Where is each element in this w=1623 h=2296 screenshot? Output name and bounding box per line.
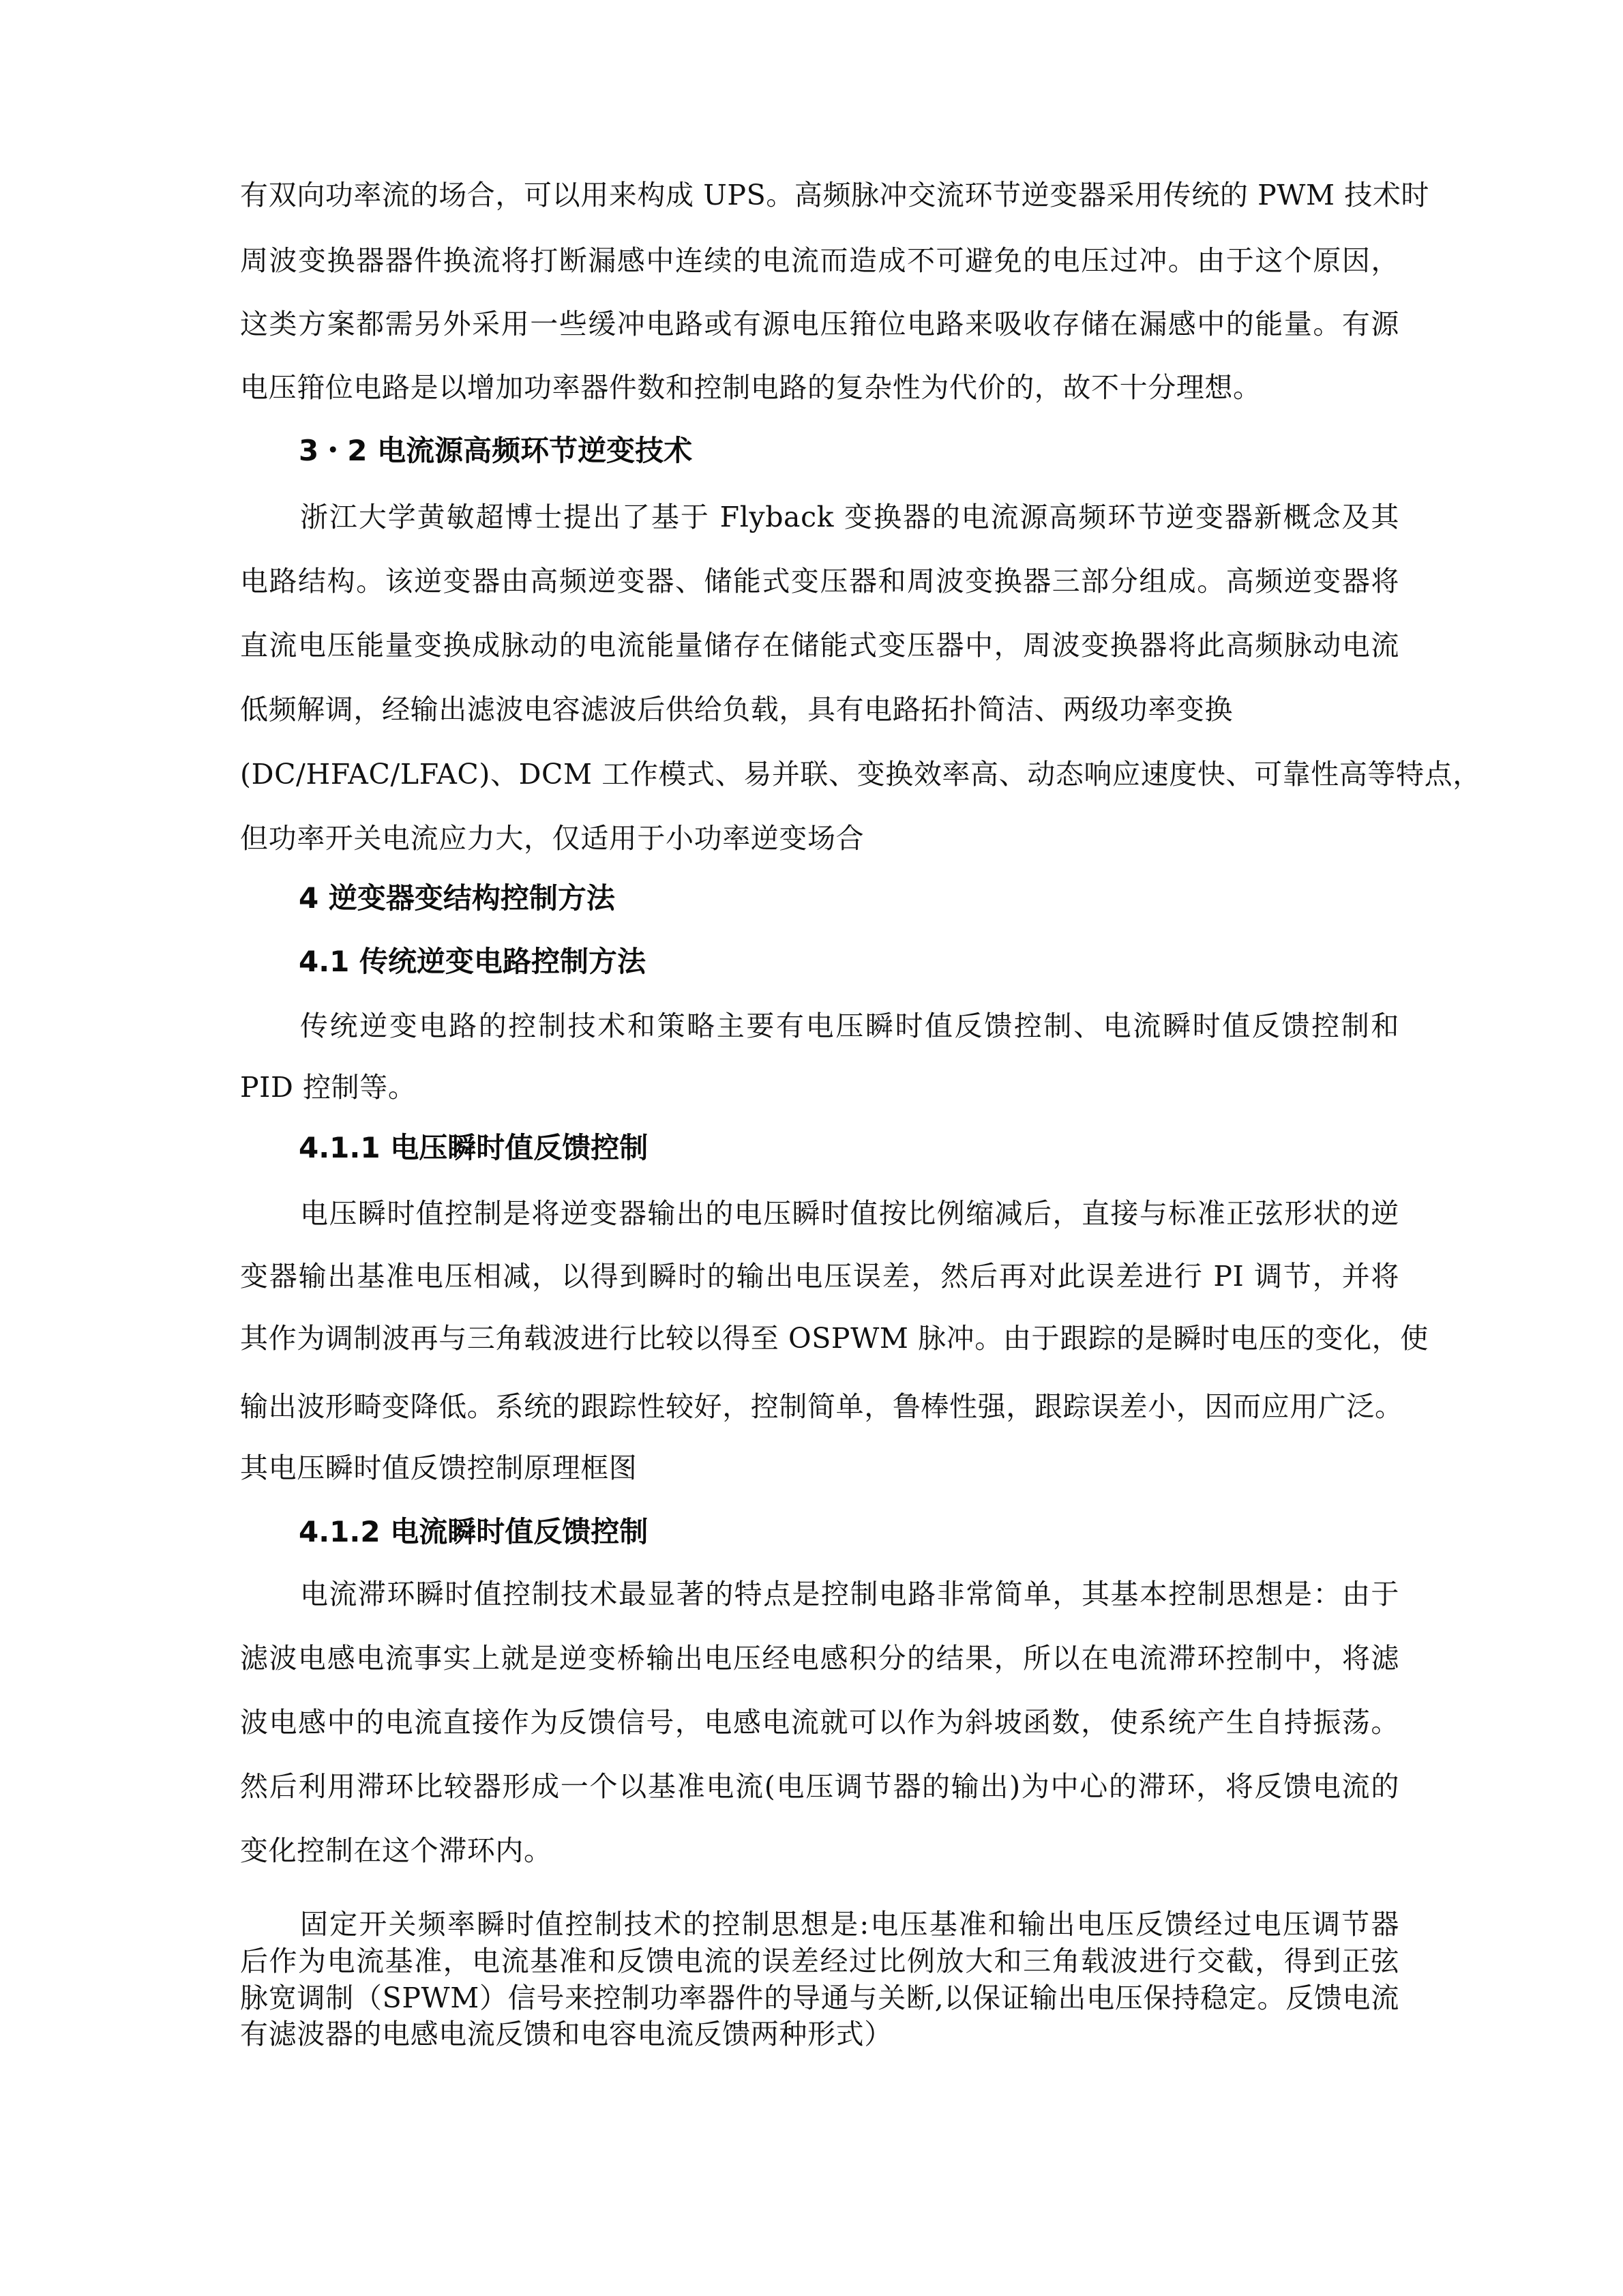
text-line: 电压瞬时值控制是将逆变器输出的电压瞬时值按比例缩减后，直接与标准正弦形状的逆 <box>300 1197 1399 1230</box>
text-line: 脉宽调制（SPWM）信号来控制功率器件的导通与关断,以保证输出电压保持稳定。反馈… <box>240 1982 1399 2014</box>
text-line: 有滤波器的电感电流反馈和电容电流反馈两种形式） <box>240 2018 893 2050</box>
text-line: 直流电压能量变换成脉动的电流能量储存在储能式变压器中，周波变换器将此高频脉动电流 <box>240 629 1399 662</box>
section-heading-4-1: 4.1 传统逆变电路控制方法 <box>299 945 646 979</box>
text-line: 固定开关频率瞬时值控制技术的控制思想是:电压基准和输出电压反馈经过电压调节器 <box>300 1908 1399 1941</box>
text-line: 这类方案都需另外采用一些缓冲电路或有源电压箝位电路来吸收存储在漏感中的能量。有源 <box>240 308 1399 340</box>
section-heading-4-1-2: 4.1.2 电流瞬时值反馈控制 <box>299 1515 648 1549</box>
text-line: 其作为调制波再与三角载波进行比较以得至 OSPWM 脉冲。由于跟踪的是瞬时电压的… <box>240 1322 1399 1355</box>
section-heading-4: 4 逆变器变结构控制方法 <box>299 881 615 915</box>
text-line: 电压箝位电路是以增加功率器件数和控制电路的复杂性为代价的，故不十分理想。 <box>240 371 1262 404</box>
text-line: 低频解调，经输出滤波电容滤波后供给负载，具有电路拓扑简洁、两级功率变换 <box>240 693 1233 726</box>
text-line: 电路结构。该逆变器由高频逆变器、储能式变压器和周波变换器三部分组成。高频逆变器将 <box>240 565 1399 598</box>
text-line: 后作为电流基准，电流基准和反馈电流的误差经过比例放大和三角载波进行交截，得到正弦 <box>240 1945 1399 1977</box>
text-line: 变化控制在这个滞环内。 <box>240 1834 552 1867</box>
text-line: 变器输出基准电压相减，以得到瞬时的输出电压误差，然后再对此误差进行 PI 调节，… <box>240 1260 1399 1293</box>
text-line: PID 控制等。 <box>240 1071 417 1104</box>
text-line: 周波变换器器件换流将打断漏感中连续的电流而造成不可避免的电压过冲。由于这个原因， <box>240 244 1399 277</box>
text-line: 有双向功率流的场合，可以用来构成 UPS。高频脉冲交流环节逆变器采用传统的 PW… <box>240 179 1399 211</box>
text-line: 但功率开关电流应力大，仅适用于小功率逆变场合 <box>240 822 864 855</box>
text-line: 波电感中的电流直接作为反馈信号，电感电流就可以作为斜坡函数，使系统产生自持振荡。 <box>240 1706 1399 1739</box>
text-line: 输出波形畸变降低。系统的跟踪性较好，控制简单，鲁棒性强，跟踪误差小，因而应用广泛… <box>240 1390 1399 1423</box>
text-line: 传统逆变电路的控制技术和策略主要有电压瞬时值反馈控制、电流瞬时值反馈控制和 <box>300 1010 1399 1042</box>
text-line: 电流滞环瞬时值控制技术最显著的特点是控制电路非常简单，其基本控制思想是：由于 <box>300 1578 1399 1610</box>
text-line: 滤波电感电流事实上就是逆变桥输出电压经电感积分的结果，所以在电流滞环控制中，将滤 <box>240 1642 1399 1675</box>
section-heading-4-1-1: 4.1.1 电压瞬时值反馈控制 <box>299 1131 648 1165</box>
text-line: 其电压瞬时值反馈控制原理框图 <box>240 1452 637 1484</box>
document-page: 有双向功率流的场合，可以用来构成 UPS。高频脉冲交流环节逆变器采用传统的 PW… <box>0 0 1623 2296</box>
text-line: 然后利用滞环比较器形成一个以基准电流(电压调节器的输出)为中心的滞环，将反馈电流… <box>240 1770 1399 1803</box>
text-line: (DC/HFAC/LFAC)、DCM 工作模式、易并联、变换效率高、动态响应速度… <box>240 758 1399 791</box>
text-line: 浙江大学黄敏超博士提出了基于 Flyback 变换器的电流源高频环节逆变器新概念… <box>300 501 1399 533</box>
section-heading-3-2: 3・2 电流源高频环节逆变技术 <box>299 434 692 468</box>
